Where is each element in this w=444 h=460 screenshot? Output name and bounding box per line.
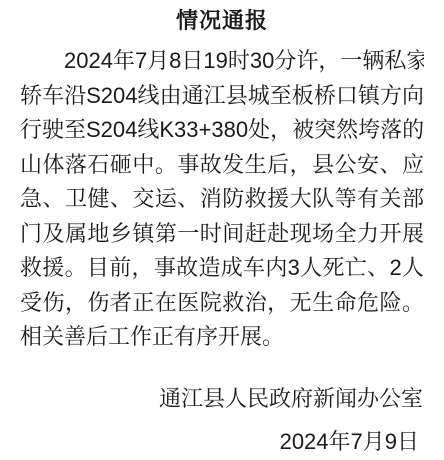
body-line: 相关善后工作正有序开展。 bbox=[20, 320, 424, 355]
body-line: 山体落石砸中。事故发生后，县公安、应 bbox=[20, 148, 424, 183]
body-line: 急、卫健、交运、消防救援大队等有关部 bbox=[20, 182, 424, 217]
notice-document: 情况通报 2024年7月8日19时30分许，一辆私家 轿车沿S204线由通江县城… bbox=[0, 0, 444, 460]
body-line: 2024年7月8日19时30分许，一辆私家 bbox=[20, 44, 424, 79]
issuing-office-signature: 通江县人民政府新闻办公室 bbox=[0, 382, 444, 417]
body-line: 轿车沿S204线由通江县城至板桥口镇方向 bbox=[20, 79, 424, 114]
notice-body: 2024年7月8日19时30分许，一辆私家 轿车沿S204线由通江县城至板桥口镇… bbox=[0, 44, 444, 355]
issue-date: 2024年7月9日 bbox=[0, 425, 444, 460]
body-line: 救援。目前，事故造成车内3人死亡、2人 bbox=[20, 251, 424, 286]
body-line: 门及属地乡镇第一时间赶赴现场全力开展 bbox=[20, 217, 424, 252]
page-title: 情况通报 bbox=[0, 0, 444, 36]
body-line: 受伤，伤者正在医院救治，无生命危险。 bbox=[20, 286, 424, 321]
body-line: 行驶至S204线K33+380处，被突然垮落的 bbox=[20, 113, 424, 148]
